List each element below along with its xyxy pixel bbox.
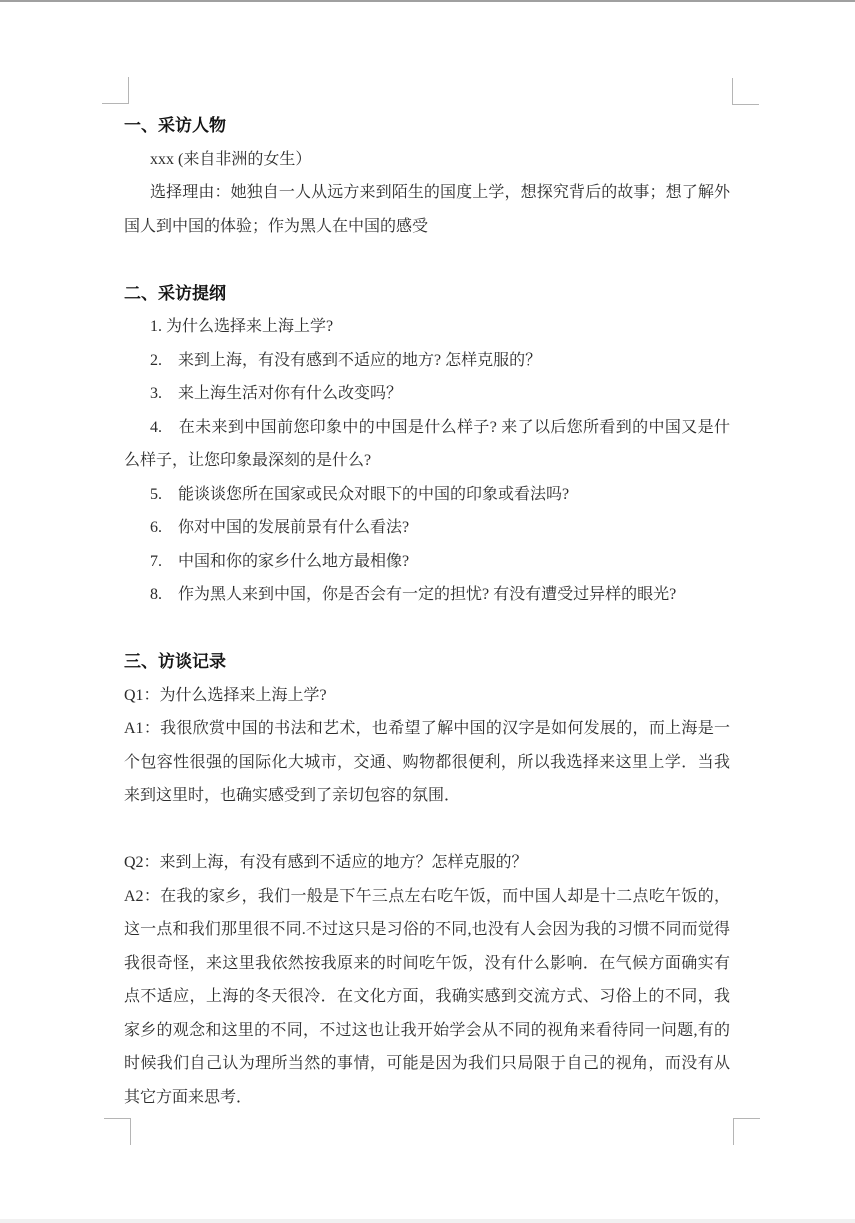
document-page: { "page": { "background_color": "#ffffff… — [0, 0, 855, 1223]
section-heading-interviewee: 一、采访人物 — [124, 109, 730, 143]
qa-answer-2: A2：在我的家乡，我们一般是下午三点左右吃午饭，而中国人却是十二点吃午饭的，这一… — [124, 880, 730, 1115]
outline-item-1: 1. 为什么选择来上海上学? — [124, 310, 730, 344]
outline-item-6: 6. 你对中国的发展前景有什么看法? — [124, 511, 730, 545]
document-body: 一、采访人物 xxx (来自非洲的女生） 选择理由：她独自一人从远方来到陌生的国… — [124, 109, 730, 1114]
page-top-divider — [0, 0, 855, 2]
margin-crop-mark-bottom-left — [104, 1118, 131, 1145]
outline-item-7: 7. 中国和你的家乡什么地方最相像? — [124, 545, 730, 579]
margin-crop-mark-bottom-right — [733, 1118, 760, 1145]
section-heading-transcript: 三、访谈记录 — [124, 645, 730, 679]
outline-item-2: 2. 来到上海，有没有感到不适应的地方? 怎样克服的？ — [124, 344, 730, 378]
interviewee-name-line: xxx (来自非洲的女生） — [124, 143, 730, 177]
qa-question-2: Q2：来到上海，有没有感到不适应的地方？怎样克服的？ — [124, 846, 730, 880]
page-bottom-divider — [0, 1219, 855, 1223]
section-heading-outline: 二、采访提纲 — [124, 277, 730, 311]
margin-crop-mark-top-right — [732, 78, 759, 105]
outline-item-5: 5. 能谈谈您所在国家或民众对眼下的中国的印象或看法吗? — [124, 478, 730, 512]
outline-item-3: 3. 来上海生活对你有什么改变吗？ — [124, 377, 730, 411]
qa-answer-1: A1：我很欣赏中国的书法和艺术，也希望了解中国的汉字是如何发展的，而上海是一个包… — [124, 712, 730, 813]
qa-question-1: Q1：为什么选择来上海上学? — [124, 679, 730, 713]
margin-crop-mark-top-left — [102, 77, 129, 104]
outline-item-4: 4. 在未来到中国前您印象中的中国是什么样子? 来了以后您所看到的中国又是什么样… — [124, 411, 730, 478]
outline-item-8: 8. 作为黑人来到中国，你是否会有一定的担忧? 有没有遭受过异样的眼光? — [124, 578, 730, 612]
interviewee-reason-paragraph: 选择理由：她独自一人从远方来到陌生的国度上学，想探究背后的故事；想了解外国人到中… — [124, 176, 730, 243]
